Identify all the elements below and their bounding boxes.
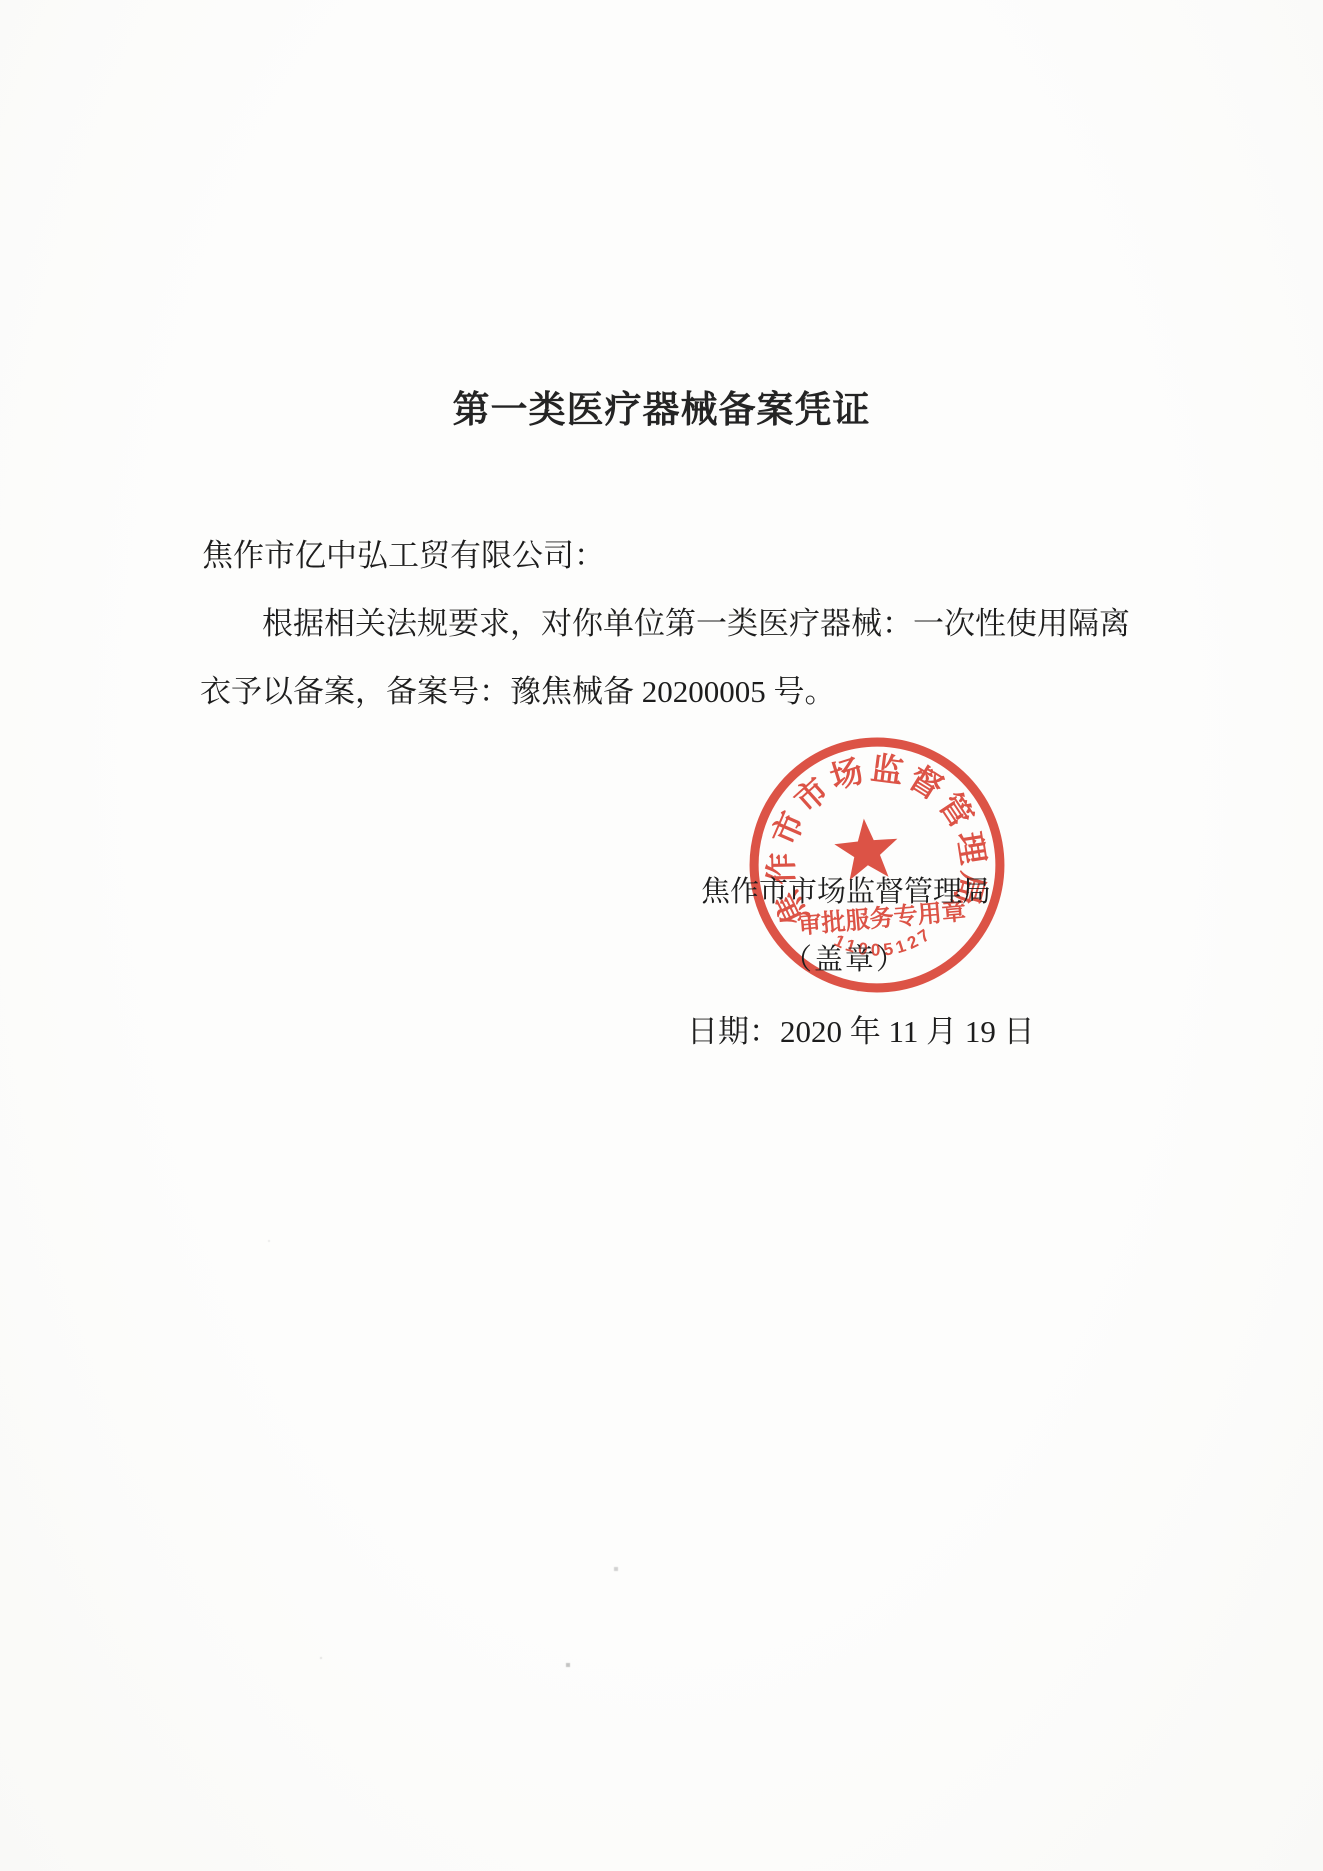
body-text-line-1: 根据相关法规要求，对你单位第一类医疗器械：一次性使用隔离 <box>262 598 1130 643</box>
stamp-serial-number: 8110051271 <box>741 729 938 972</box>
recipient-line: 焦作市亿中弘工贸有限公司： <box>202 530 605 575</box>
issuer-line: 焦作市市场监督管理局 <box>701 869 991 910</box>
seal-note: （盖章） <box>783 937 907 978</box>
date-line: 日期：2020 年 11 月 19 日 <box>687 1006 1035 1051</box>
body-text-line-2: 衣予以备案，备案号：豫焦械备 20200005 号。 <box>200 666 836 711</box>
certificate-page: 第一类医疗器械备案凭证 焦作市亿中弘工贸有限公司： 根据相关法规要求，对你单位第… <box>0 0 1323 1871</box>
scan-noise-specks <box>0 0 2 2</box>
document-title: 第一类医疗器械备案凭证 <box>0 379 1323 433</box>
stamp-serial-holder: 8110051271 <box>741 729 938 972</box>
